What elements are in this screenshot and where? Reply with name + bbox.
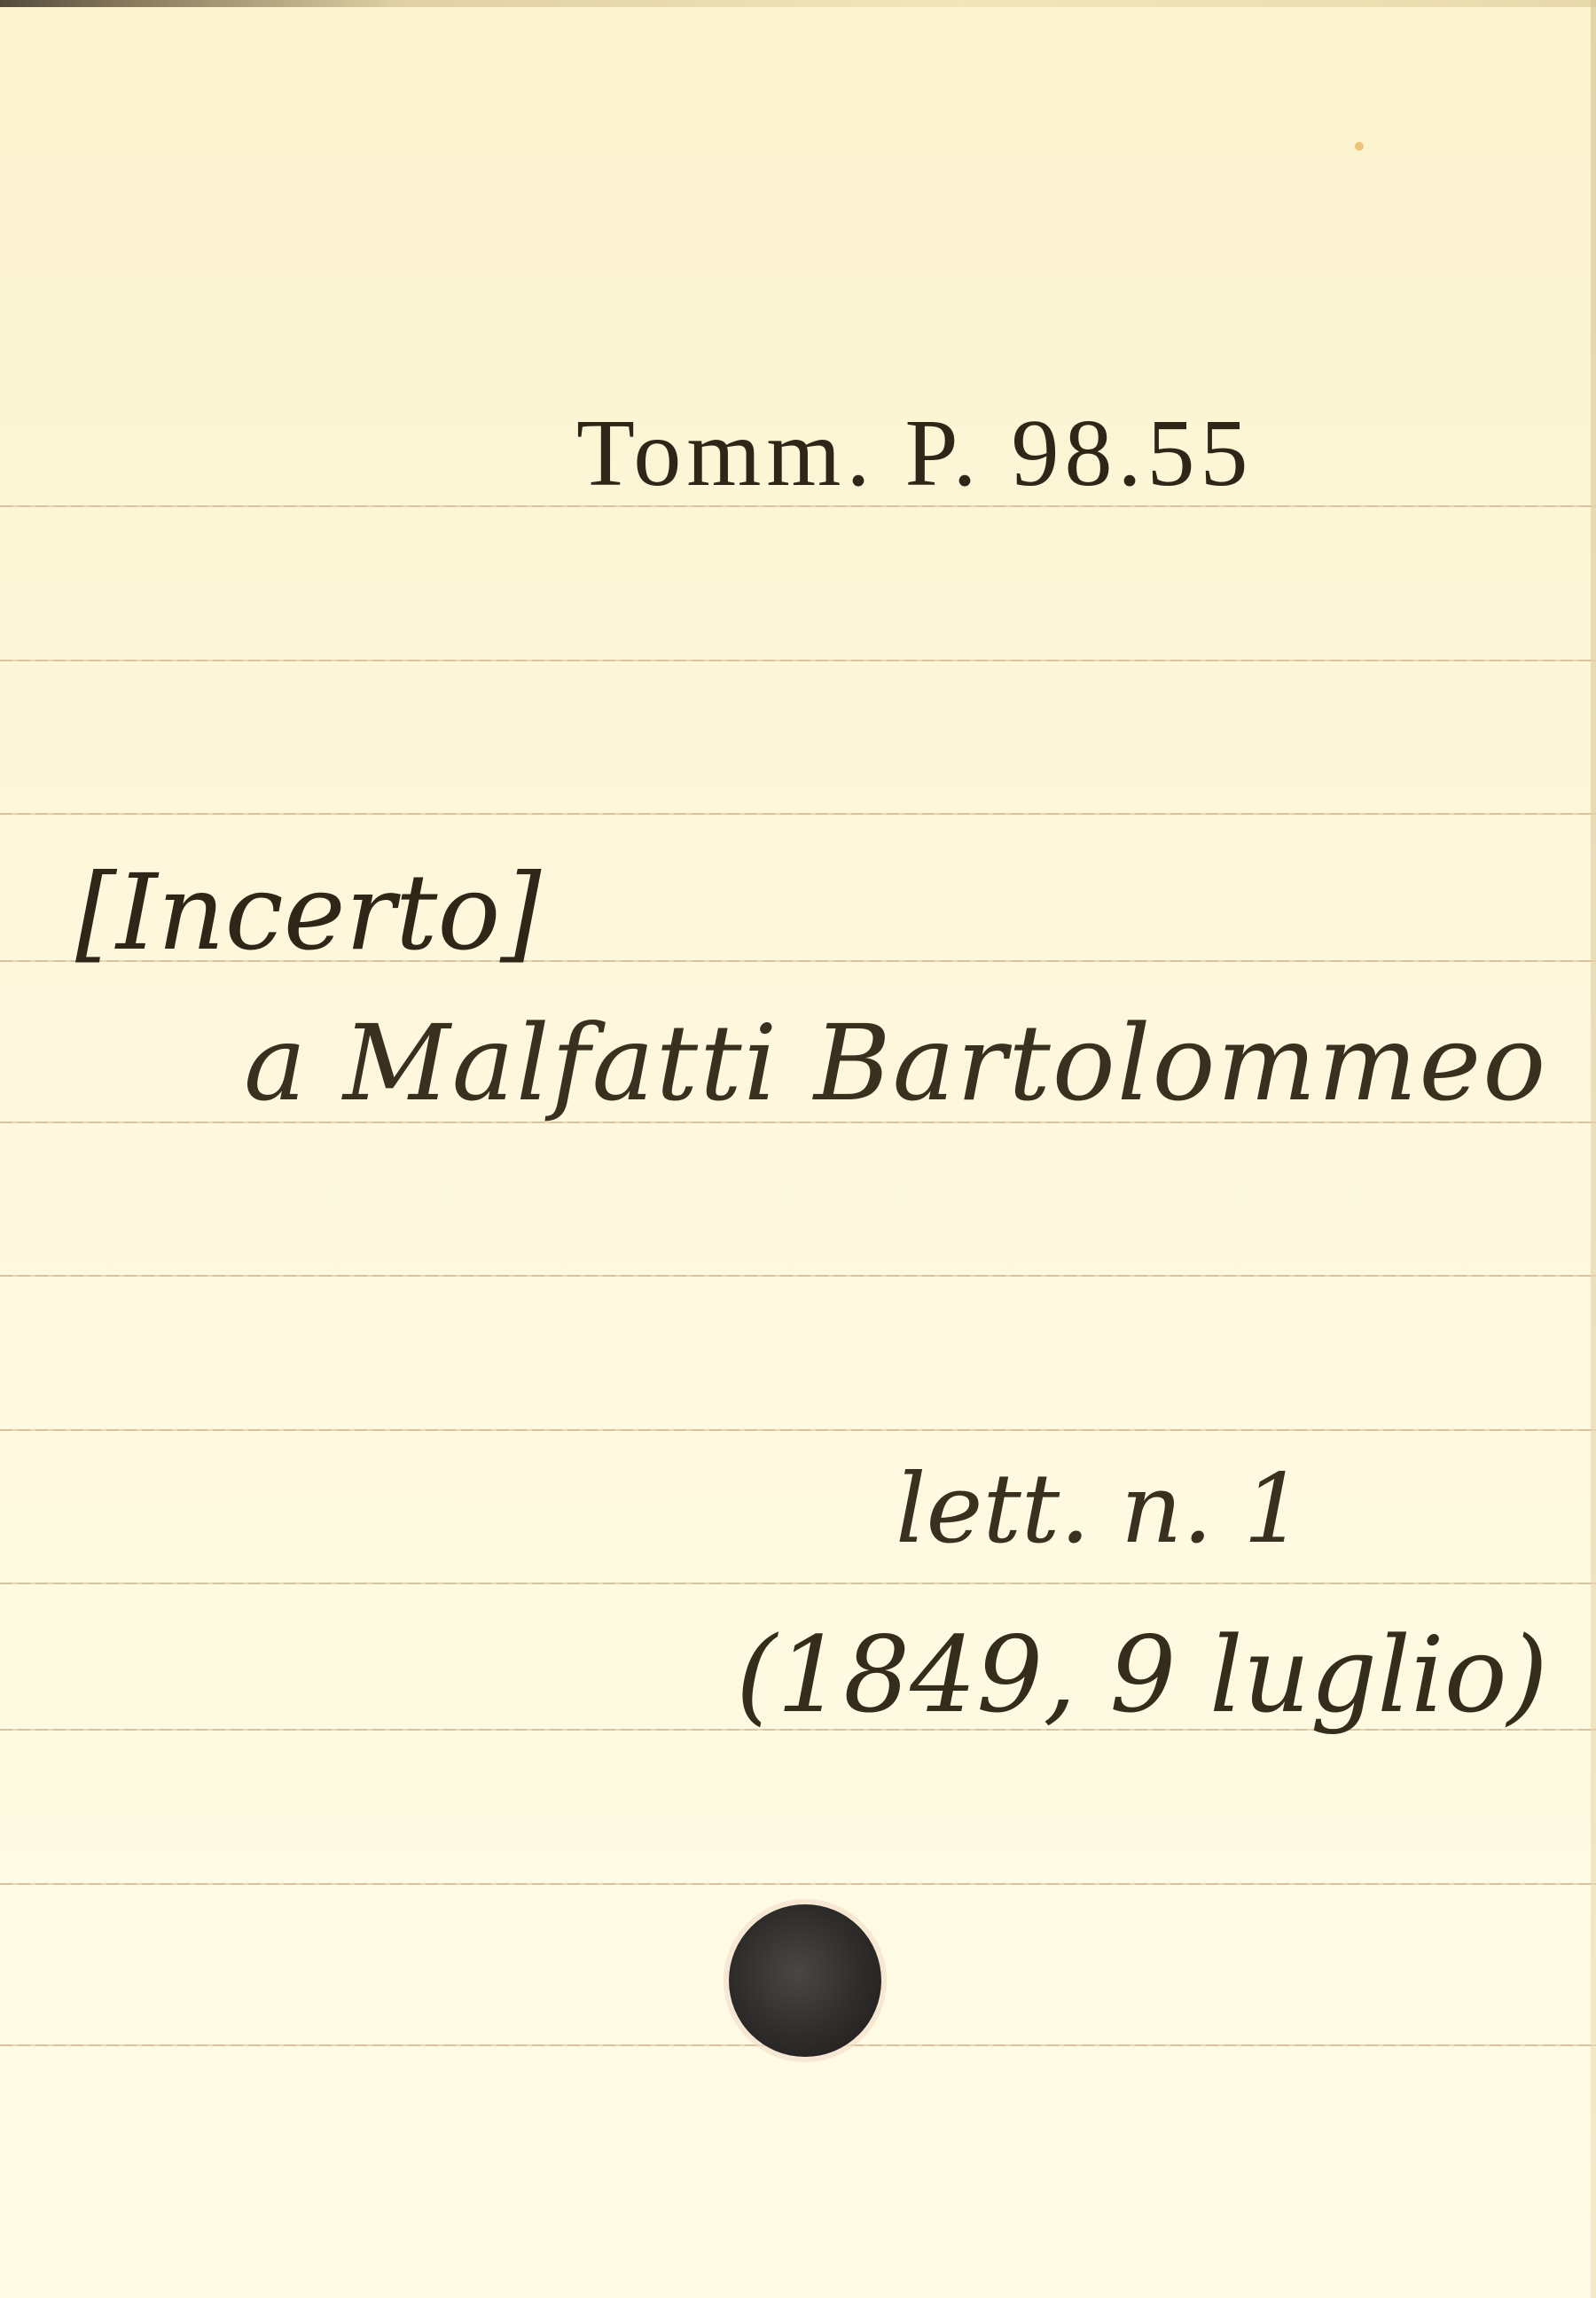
letter-date: (1849, 9 luglio) [736, 1614, 1548, 1736]
shelfmark: Tomm. P. 98.55 [576, 399, 1254, 509]
card-top-edge [0, 0, 1596, 7]
ruled-line [0, 813, 1596, 815]
ruled-line [0, 1883, 1596, 1885]
punch-hole-icon [729, 1904, 881, 2057]
card-right-edge [1591, 0, 1596, 2298]
ruled-line [0, 1429, 1596, 1431]
paper-stain [1355, 142, 1364, 151]
catalogue-card: Tomm. P. 98.55 [Incerto] a Malfatti Bart… [0, 0, 1596, 2298]
ruled-line [0, 660, 1596, 661]
ruled-line [0, 1583, 1596, 1584]
letter-count: lett. n. 1 [896, 1454, 1304, 1565]
recipient-name: a Malfatti Bartolommeo [244, 1002, 1547, 1124]
author-name: [Incerto] [75, 851, 541, 973]
ruled-line [0, 1275, 1596, 1277]
